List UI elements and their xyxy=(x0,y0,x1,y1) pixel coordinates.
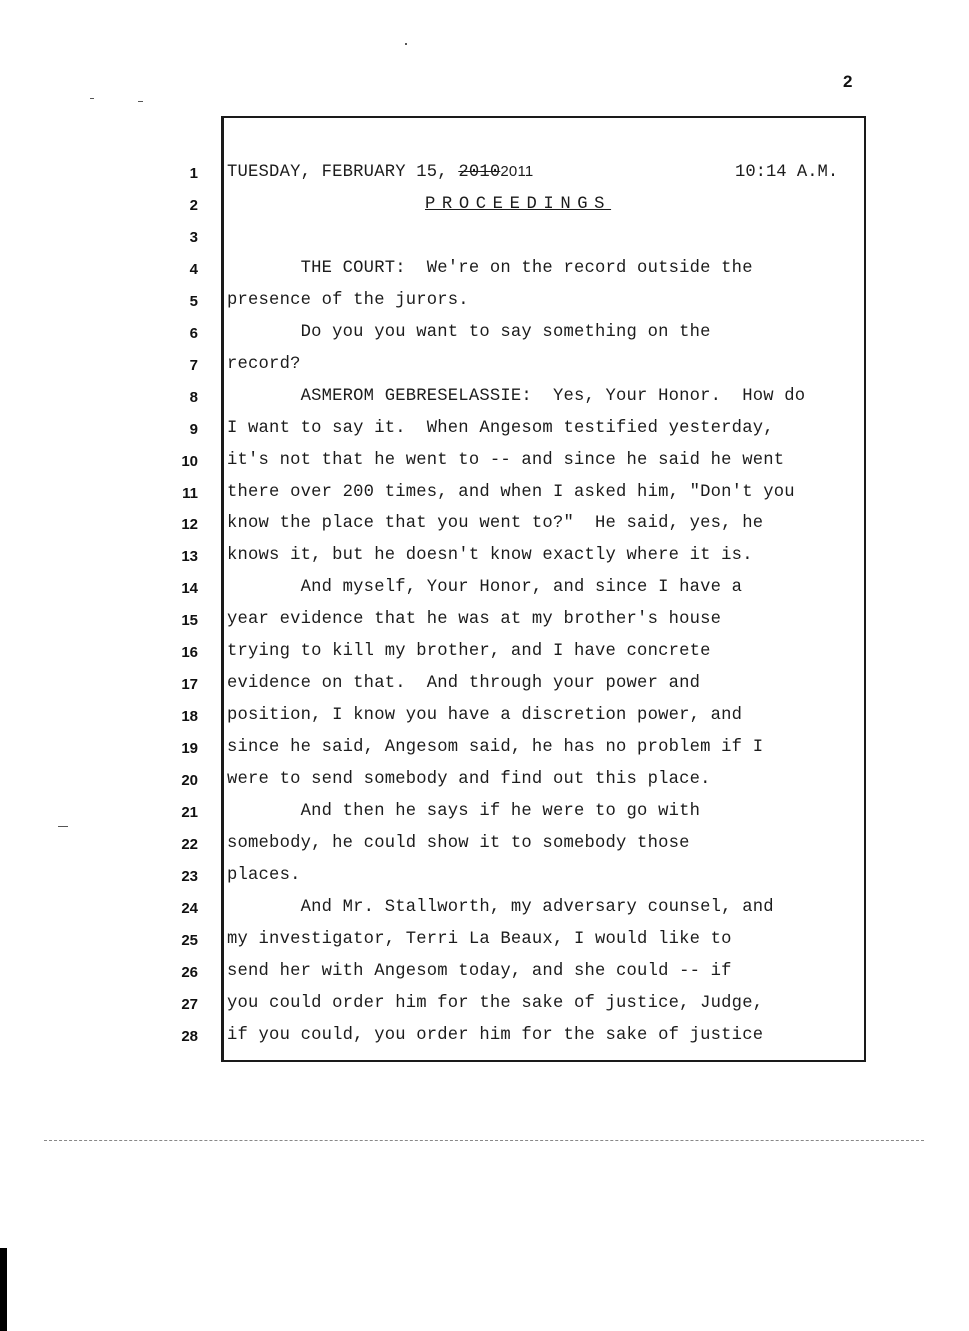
transcript-line: send her with Angesom today, and she cou… xyxy=(227,962,732,981)
line-number: 6 xyxy=(170,325,198,342)
handwritten-year: 2011 xyxy=(500,163,533,180)
header-time: 10:14 A.M. xyxy=(735,163,838,182)
transcript-line: if you could, you order him for the sake… xyxy=(227,1026,763,1045)
transcript-line: trying to kill my brother, and I have co… xyxy=(227,642,711,661)
transcript-line: Do you you want to say something on the xyxy=(227,323,711,342)
line-number: 10 xyxy=(170,453,198,470)
transcript-line: TUESDAY, FEBRUARY 15, 20102011 xyxy=(227,163,533,182)
scan-edge-mark xyxy=(0,1248,7,1331)
line-number: 9 xyxy=(170,421,198,438)
transcript-line: my investigator, Terri La Beaux, I would… xyxy=(227,930,732,949)
line-number: 23 xyxy=(170,868,198,885)
transcript-line: PROCEEDINGS xyxy=(425,195,611,214)
line-number: 27 xyxy=(170,996,198,1013)
transcript-line: ASMEROM GEBRESELASSIE: Yes, Your Honor. … xyxy=(227,387,805,406)
scan-speck xyxy=(90,98,94,99)
line-number: 7 xyxy=(170,357,198,374)
transcript-line: know the place that you went to?" He sai… xyxy=(227,514,763,533)
footer-rule xyxy=(44,1140,924,1142)
line-number: 12 xyxy=(170,516,198,533)
line-number: 26 xyxy=(170,964,198,981)
transcript-line: position, I know you have a discretion p… xyxy=(227,706,742,725)
transcript-line: knows it, but he doesn't know exactly wh… xyxy=(227,546,753,565)
proceedings-heading: PROCEEDINGS xyxy=(425,195,611,214)
line-number: 13 xyxy=(170,548,198,565)
transcript-line: record? xyxy=(227,355,301,374)
transcript-line: you could order him for the sake of just… xyxy=(227,994,763,1013)
line-number: 25 xyxy=(170,932,198,949)
transcript-line: THE COURT: We're on the record outside t… xyxy=(227,259,753,278)
transcript-line: since he said, Angesom said, he has no p… xyxy=(227,738,763,757)
line-number: 8 xyxy=(170,389,198,406)
line-number: 22 xyxy=(170,836,198,853)
header-date: TUESDAY, FEBRUARY 15, xyxy=(227,163,458,182)
page-number: 2 xyxy=(843,72,852,92)
transcript-line: there over 200 times, and when I asked h… xyxy=(227,483,795,502)
line-number: 14 xyxy=(170,580,198,597)
transcript-line: places. xyxy=(227,866,301,885)
line-number: 1 xyxy=(170,165,198,182)
line-number: 15 xyxy=(170,612,198,629)
line-number: 21 xyxy=(170,804,198,821)
scan-speck xyxy=(58,826,68,827)
line-number: 16 xyxy=(170,644,198,661)
line-number: 11 xyxy=(170,485,198,502)
transcript-line: And myself, Your Honor, and since I have… xyxy=(227,578,742,597)
transcript-line: And then he says if he were to go with xyxy=(227,802,700,821)
line-number: 28 xyxy=(170,1028,198,1045)
line-number: 5 xyxy=(170,293,198,310)
line-number: 17 xyxy=(170,676,198,693)
line-number: 20 xyxy=(170,772,198,789)
transcript-line: evidence on that. And through your power… xyxy=(227,674,700,693)
scan-speck xyxy=(138,101,143,102)
line-number: 3 xyxy=(170,229,198,246)
transcript-line: were to send somebody and find out this … xyxy=(227,770,711,789)
line-number: 18 xyxy=(170,708,198,725)
transcript-line: it's not that he went to -- and since he… xyxy=(227,451,784,470)
transcript-line: And Mr. Stallworth, my adversary counsel… xyxy=(227,898,774,917)
line-number: 2 xyxy=(170,197,198,214)
struck-year: 2010 xyxy=(458,163,500,182)
scan-speck xyxy=(405,43,407,45)
transcript-line: I want to say it. When Angesom testified… xyxy=(227,419,774,438)
transcript-line: year evidence that he was at my brother'… xyxy=(227,610,721,629)
line-number: 24 xyxy=(170,900,198,917)
line-number: 4 xyxy=(170,261,198,278)
transcript-line: presence of the jurors. xyxy=(227,291,469,310)
line-number: 19 xyxy=(170,740,198,757)
transcript-line: somebody, he could show it to somebody t… xyxy=(227,834,690,853)
